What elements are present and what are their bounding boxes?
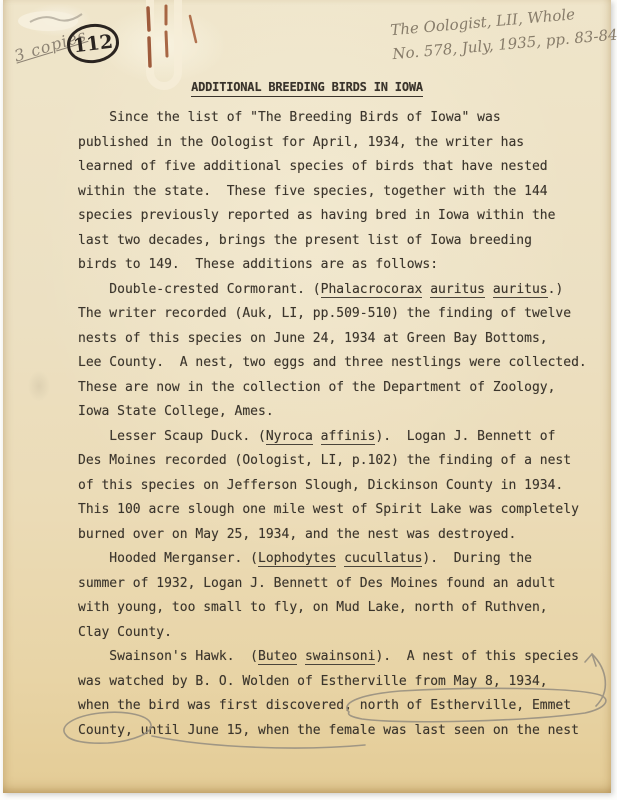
text-segment: .) — [548, 282, 564, 297]
text-segment — [485, 282, 493, 297]
text-line: Since the list of "The Breeding Birds of… — [78, 106, 587, 131]
text-line: learned of five additional species of bi… — [78, 155, 587, 180]
text-segment: published in the Oologist for April, 193… — [78, 135, 524, 150]
text-segment: ). Logan J. Bennett of — [375, 429, 555, 444]
text-segment: species previously reported as having br… — [78, 208, 555, 223]
text-segment: Hooded Merganser. ( — [78, 551, 258, 566]
text-segment: Clay County. — [78, 625, 172, 640]
underlined-species-name: Buteo — [258, 649, 297, 665]
text-line: was watched by B. O. Wolden of Esthervil… — [78, 670, 587, 695]
text-segment: Lee County. A nest, two eggs and three n… — [78, 355, 587, 370]
text-line: Hooded Merganser. (Lophodytes cucullatus… — [78, 547, 587, 572]
citation-note: The Oologist, LII, Whole No. 578, July, … — [389, 0, 617, 66]
text-line: Double-crested Cormorant. (Phalacrocorax… — [78, 278, 587, 303]
text-segment — [313, 429, 321, 444]
text-line: burned over on May 25, 1934, and the nes… — [78, 523, 587, 548]
text-segment: when the bird was first discovered, nort… — [78, 698, 571, 713]
text-line: Des Moines recorded (Oologist, LI, p.102… — [78, 449, 587, 474]
text-segment: summer of 1932, Logan J. Bennett of Des … — [78, 576, 555, 591]
text-line: County, until June 15, when the female w… — [78, 719, 587, 744]
text-line: Clay County. — [78, 621, 587, 646]
text-segment: These are now in the collection of the D… — [78, 380, 555, 395]
text-segment: of this species on Jefferson Slough, Dic… — [78, 478, 563, 493]
text-segment: birds to 149. These additions are as fol… — [78, 257, 438, 272]
text-line: Iowa State College, Ames. — [78, 400, 587, 425]
underlined-species-name: affinis — [321, 429, 376, 445]
text-segment: Double-crested Cormorant. ( — [78, 282, 321, 297]
underlined-species-name: cucullatus — [344, 551, 422, 567]
text-segment: ). A nest of this species — [375, 649, 579, 664]
text-segment: learned of five additional species of bi… — [78, 159, 548, 174]
text-line: The writer recorded (Auk, LI, pp.509-510… — [78, 302, 587, 327]
text-segment: Since the list of "The Breeding Birds of… — [78, 110, 501, 125]
text-segment: burned over on May 25, 1934, and the nes… — [78, 527, 516, 542]
text-line: species previously reported as having br… — [78, 204, 587, 229]
text-segment: Lesser Scaup Duck. ( — [78, 429, 266, 444]
underlined-species-name: Nyroca — [266, 429, 313, 445]
text-segment: last two decades, brings the present lis… — [78, 233, 532, 248]
page-number-stamp-value: 112 — [72, 30, 114, 57]
text-segment: with young, too small to fly, on Mud Lak… — [78, 600, 548, 615]
text-segment: within the state. These five species, to… — [78, 184, 548, 199]
text-line: Swainson's Hawk. (Buteo swainsoni). A ne… — [78, 645, 587, 670]
text-segment: was watched by B. O. Wolden of Esthervil… — [78, 674, 548, 689]
text-line: published in the Oologist for April, 193… — [78, 131, 587, 156]
text-line: Lee County. A nest, two eggs and three n… — [78, 351, 587, 376]
text-line: nests of this species on June 24, 1934 a… — [78, 327, 587, 352]
text-segment — [297, 649, 305, 664]
text-line: of this species on Jefferson Slough, Dic… — [78, 474, 587, 499]
text-segment — [336, 551, 344, 566]
underlined-species-name: auritus — [493, 282, 548, 298]
text-line: last two decades, brings the present lis… — [78, 229, 587, 254]
paper-sheet: 3 copies 112 The Oologist, LII, Whole No… — [3, 0, 611, 793]
text-segment: Des Moines recorded (Oologist, LI, p.102… — [78, 453, 571, 468]
document-title: ADDITIONAL BREEDING BIRDS IN IOWA — [191, 80, 423, 97]
underlined-species-name: auritus — [430, 282, 485, 298]
text-segment: ). During the — [422, 551, 532, 566]
text-segment: This 100 acre slough one mile west of Sp… — [78, 502, 579, 517]
text-line: summer of 1932, Logan J. Bennett of Des … — [78, 572, 587, 597]
text-segment: nests of this species on June 24, 1934 a… — [78, 331, 548, 346]
document-title-row: ADDITIONAL BREEDING BIRDS IN IOWA — [3, 76, 611, 95]
text-segment: Iowa State College, Ames. — [78, 404, 274, 419]
text-line: Lesser Scaup Duck. (Nyroca affinis). Log… — [78, 425, 587, 450]
underlined-species-name: Lophodytes — [258, 551, 336, 567]
underlined-species-name: Phalacrocorax — [321, 282, 423, 298]
text-segment: The writer recorded (Auk, LI, pp.509-510… — [78, 306, 571, 321]
text-line: These are now in the collection of the D… — [78, 376, 587, 401]
text-line: birds to 149. These additions are as fol… — [78, 253, 587, 278]
text-segment: Swainson's Hawk. ( — [78, 649, 258, 664]
text-line: This 100 acre slough one mile west of Sp… — [78, 498, 587, 523]
underlined-species-name: swainsoni — [305, 649, 375, 665]
text-line: with young, too small to fly, on Mud Lak… — [78, 596, 587, 621]
text-line: within the state. These five species, to… — [78, 180, 587, 205]
text-segment: County, until June 15, when the female w… — [78, 723, 579, 738]
text-line: when the bird was first discovered, nort… — [78, 694, 587, 719]
document-body: Since the list of "The Breeding Birds of… — [78, 106, 587, 743]
